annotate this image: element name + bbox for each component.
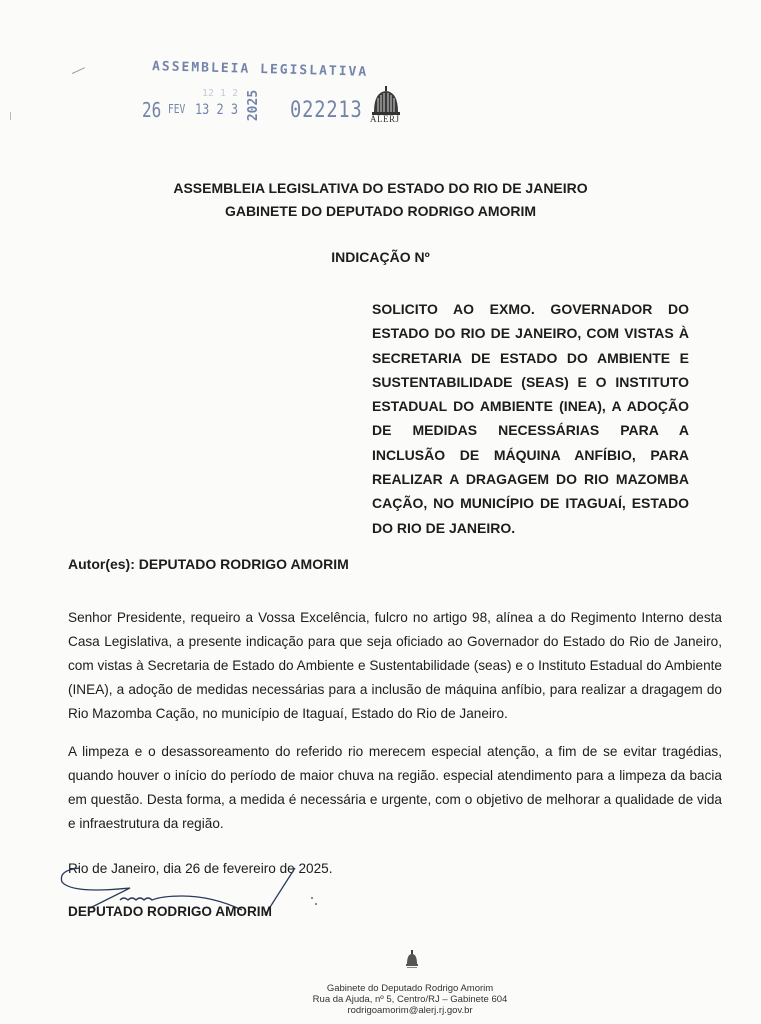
alerj-label: ALERJ	[370, 114, 400, 124]
stamp-time: 13 2 3	[195, 102, 238, 118]
stamp-day: 26	[142, 98, 161, 122]
stamp-time-faded: 12 1 2	[202, 88, 238, 99]
ementa-line: SECRETARIA DE ESTADO DO AMBIENTE E	[372, 346, 689, 370]
stamp-title: ASSEMBLEIA LEGISLATIVA	[152, 59, 369, 80]
header-office: GABINETE DO DEPUTADO RODRIGO AMORIM	[0, 203, 761, 219]
footer-email: rodrigoamorim@alerj.rj.gov.br	[0, 1005, 761, 1016]
document-page: ASSEMBLEIA LEGISLATIVA 12 1 2 26 FEV 13 …	[0, 0, 761, 1024]
scan-mark	[10, 112, 11, 120]
ementa-line: ESTADUAL DO AMBIENTE (INEA), A ADOÇÃO	[372, 394, 689, 418]
indicacao-title: INDICAÇÃO Nº	[0, 249, 761, 265]
ementa: SOLICITO AO EXMO. GOVERNADOR DO ESTADO D…	[372, 297, 689, 540]
author-line: Autor(es): DEPUTADO RODRIGO AMORIM	[68, 556, 349, 572]
alerj-logo: ALERJ	[368, 86, 404, 136]
date-line: Rio de Janeiro, dia 26 de fevereiro de 2…	[68, 861, 333, 876]
body-paragraph: A limpeza e o desassoreamento do referid…	[68, 740, 722, 836]
ementa-line: DE MEDIDAS NECESSÁRIAS PARA A	[372, 418, 689, 442]
ementa-line: ESTADO DO RIO DE JANEIRO, COM VISTAS À	[372, 321, 689, 345]
header-institution: ASSEMBLEIA LEGISLATIVA DO ESTADO DO RIO …	[0, 180, 761, 196]
ementa-line: SOLICITO AO EXMO. GOVERNADOR DO	[372, 297, 689, 321]
protocol-stamp: ASSEMBLEIA LEGISLATIVA 12 1 2 26 FEV 13 …	[140, 56, 400, 146]
footer-address: Rua da Ajuda, nº 5, Centro/RJ – Gabinete…	[0, 994, 761, 1005]
alerj-dome-icon	[405, 950, 419, 972]
ementa-line: SUSTENTABILIDADE (SEAS) E O INSTITUTO	[372, 370, 689, 394]
stamp-protocol-number: 022213	[290, 98, 363, 123]
ementa-line: REALIZAR A DRAGAGEM DO RIO MAZOMBA	[372, 467, 689, 491]
signer-name: DEPUTADO RODRIGO AMORIM	[68, 904, 272, 919]
ementa-line: INCLUSÃO DE MÁQUINA ANFÍBIO, PARA	[372, 443, 689, 467]
ementa-line: CAÇÃO, NO MUNICÍPIO DE ITAGUAÍ, ESTADO	[372, 491, 689, 515]
body-paragraph: Senhor Presidente, requeiro a Vossa Exce…	[68, 606, 722, 726]
scan-mark	[72, 67, 86, 77]
stamp-month: FEV	[168, 102, 185, 116]
footer-office: Gabinete do Deputado Rodrigo Amorim	[0, 983, 761, 994]
dome-icon	[368, 86, 404, 116]
ementa-line: DO RIO DE JANEIRO.	[372, 516, 689, 540]
stamp-year: 2025	[246, 90, 261, 121]
